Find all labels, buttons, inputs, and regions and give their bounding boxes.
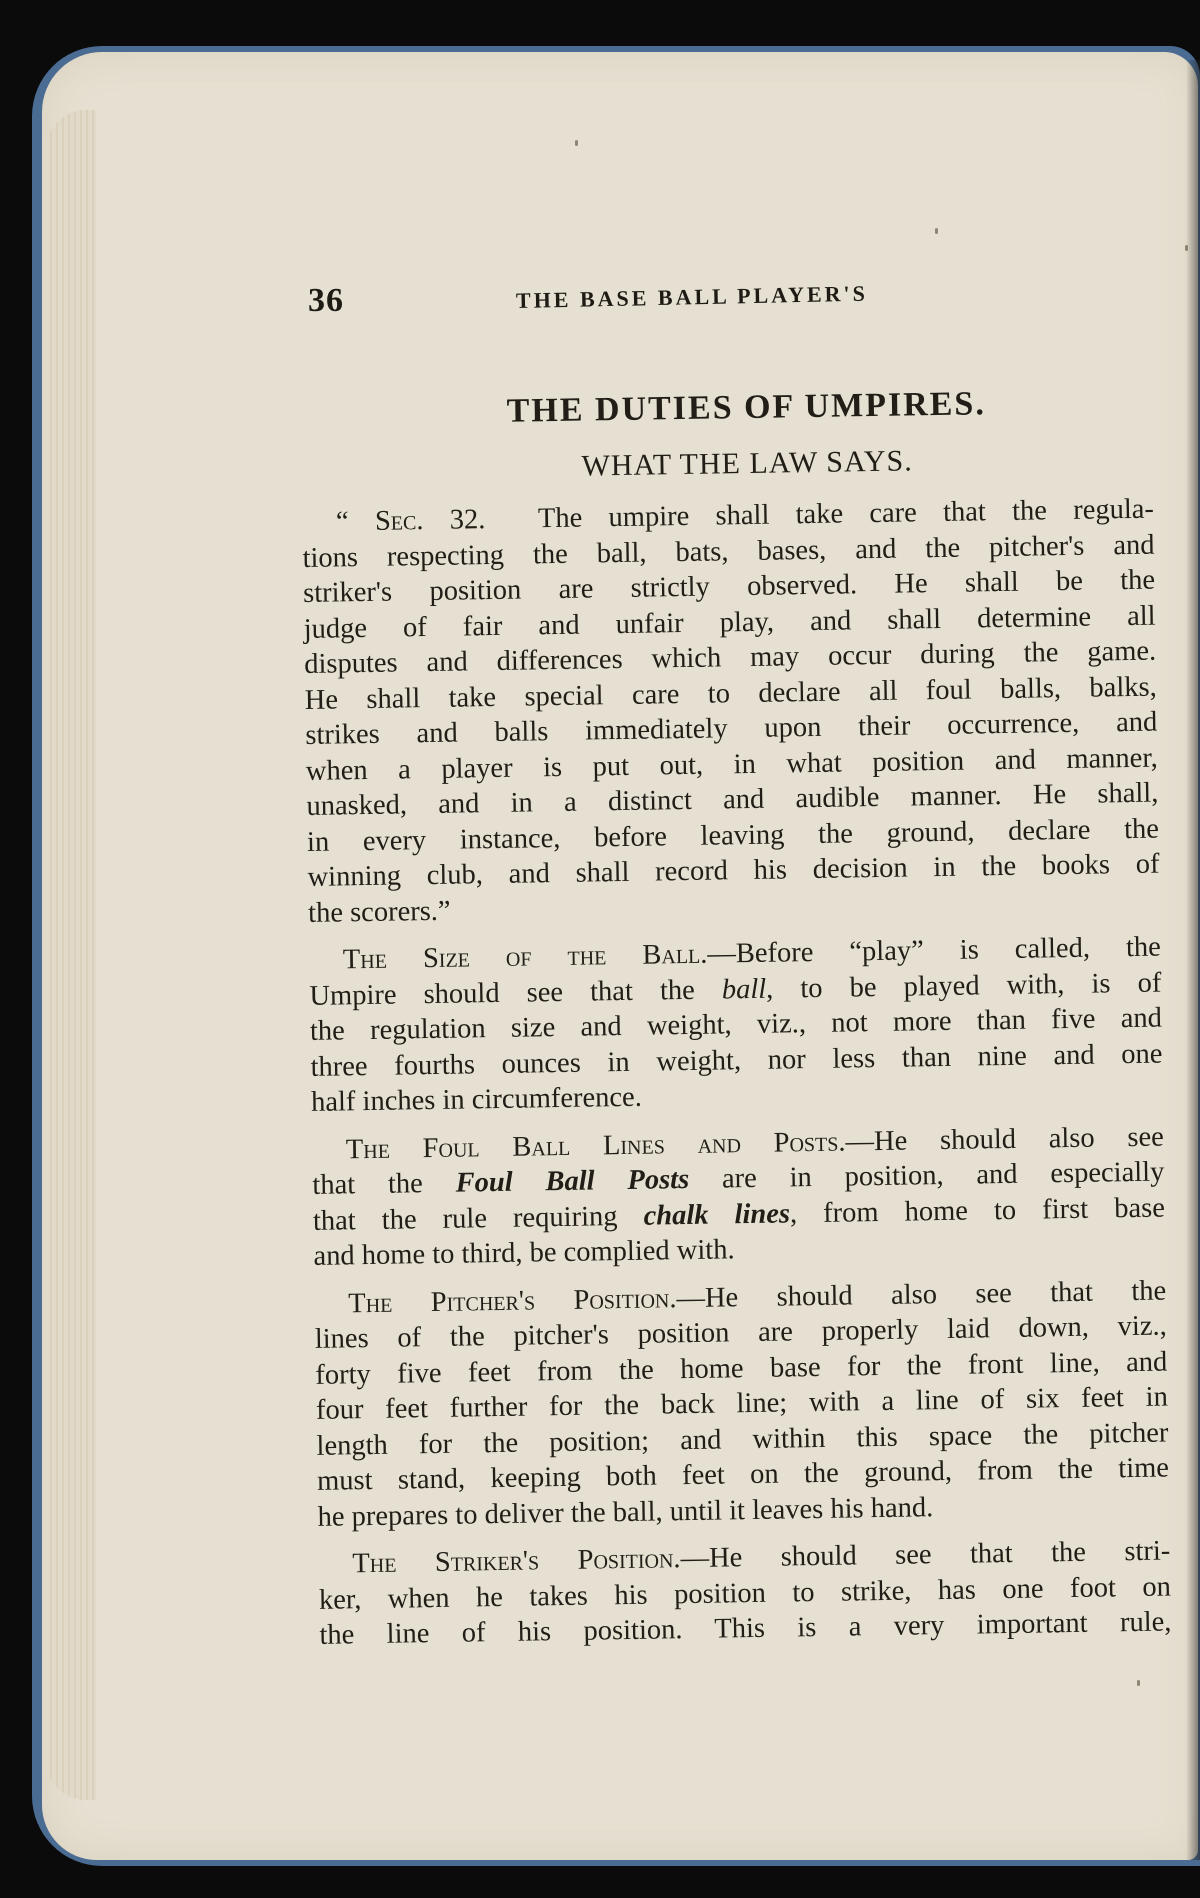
page-content: THE DUTIES OF UMPIRES. WHAT THE LAW SAYS… [300,382,1172,1666]
page-number: 36 [308,282,344,320]
section-heading: The Size of the Ball. [343,939,708,976]
paper-speck [935,228,938,234]
chapter-subtitle: WHAT THE LAW SAYS. [341,440,1153,489]
section-heading: “ Sec. 32. [336,504,486,537]
section-sec32: “ Sec. 32. The umpire shall take care th… [302,492,1161,931]
section-size-of-ball: The Size of the Ball.—Before “play” is c… [309,930,1164,1121]
section-foul-ball-lines: The Foul Ball Lines and Posts.—He should… [312,1119,1166,1274]
section-heading: The Striker's Position. [352,1543,681,1579]
section-pitchers-position: The Pitcher's Position.—He should also s… [314,1273,1170,1535]
paper-speck [1185,245,1188,251]
section-heading: The Pitcher's Position. [348,1283,677,1319]
section-heading: The Foul Ball Lines and Posts. [346,1126,846,1165]
paper-speck [1137,1680,1140,1686]
italic-term: chalk lines [643,1198,790,1231]
section-strikers-position: The Striker's Position.—He should see th… [318,1533,1172,1653]
gutter-shadow [1186,60,1200,1860]
italic-term: Foul Ball Posts [455,1164,689,1199]
running-title: THE BASE BALL PLAYER'S [516,281,868,314]
page-stack-edges [46,110,96,1800]
running-head: 36 THE BASE BALL PLAYER'S [308,278,1028,328]
paper-speck [575,140,578,146]
italic-term: ball [722,973,767,1005]
